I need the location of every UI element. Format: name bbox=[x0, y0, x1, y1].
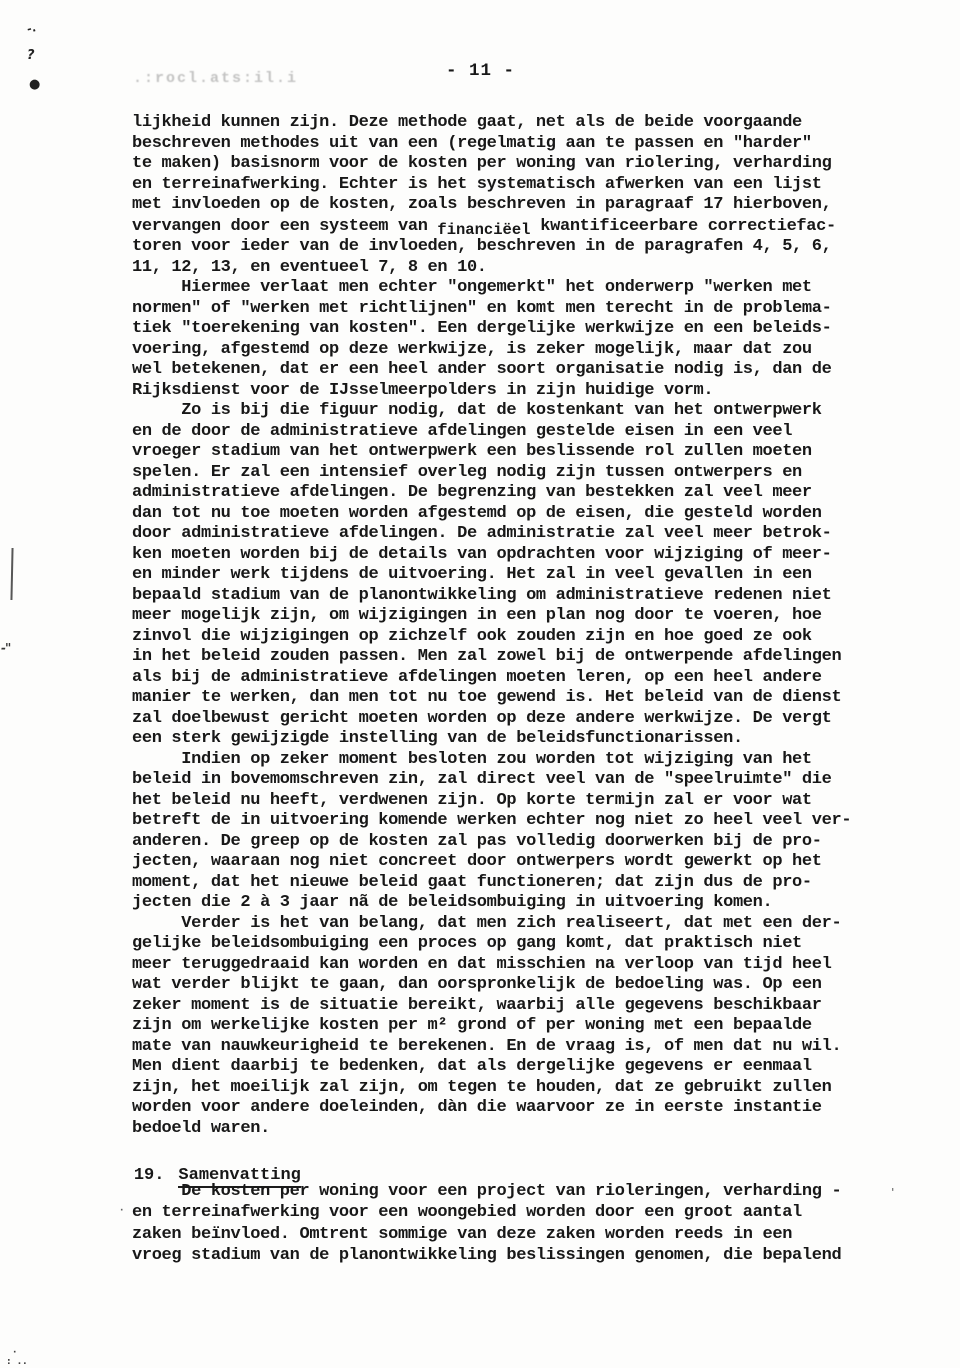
text-line: Rijksdienst voor de IJsselmeerpolders in… bbox=[132, 381, 892, 402]
text-line: in het beleid zouden passen. Men zal zow… bbox=[132, 647, 892, 668]
margin-squiggle-mark: -'' bbox=[1, 641, 10, 655]
text-line: vervangen door een systeem van financiëe… bbox=[132, 216, 892, 238]
text-line: Hiermee verlaat men echter "ongemerkt" h… bbox=[132, 278, 892, 299]
text-line: dan tot nu toe moeten worden afgestemd o… bbox=[132, 504, 892, 525]
margin-speck-dot: ● bbox=[29, 77, 40, 92]
summary-lead-speck: · bbox=[120, 1206, 123, 1216]
text-line: en terreinafwerking voor een woongebied … bbox=[132, 1202, 902, 1223]
text-line: meer mogelijk zijn, om wijzigingen in ee… bbox=[132, 606, 892, 627]
text-line: worden voor andere doeleinden, dàn die w… bbox=[132, 1098, 892, 1119]
text-line: en minder werk tijdens de uitvoering. He… bbox=[132, 565, 892, 586]
text-line: Zo is bij die figuur nodig, dat de koste… bbox=[132, 401, 892, 422]
text-line: administratieve afdelingen. De begrenzin… bbox=[132, 483, 892, 504]
margin-speck-dash: -. bbox=[25, 21, 37, 36]
text-line: een sterk gewijzigde instelling van de b… bbox=[132, 729, 892, 750]
body-text: lijkheid kunnen zijn. Deze methode gaat,… bbox=[132, 113, 892, 1139]
text-line: lijkheid kunnen zijn. Deze methode gaat,… bbox=[132, 113, 892, 134]
text-line: tiek "toerekening van kosten". Een derge… bbox=[132, 319, 892, 340]
text-line: met invloeden op de kosten, zoals beschr… bbox=[132, 195, 892, 216]
text-line: gelijke beleidsombuiging een proces op g… bbox=[132, 934, 892, 955]
inserted-word: financiëel bbox=[437, 221, 530, 239]
text-line: beleid in bovemomschreven zin, zal direc… bbox=[132, 770, 892, 791]
text-line: anderen. De greep op de kosten zal pas v… bbox=[132, 832, 892, 853]
text-line: als bij de administratieve afdelingen mo… bbox=[132, 668, 892, 689]
text-line: meer teruggedraaid kan worden en dat mis… bbox=[132, 955, 892, 976]
text-line: jecten die 2 à 3 jaar nã de beleidsombui… bbox=[132, 893, 892, 914]
margin-speck-query: ? bbox=[27, 48, 35, 63]
text-line: door administratieve afdelingen. De admi… bbox=[132, 524, 892, 545]
text-line: ken moeten worden bij de details van opd… bbox=[132, 545, 892, 566]
text-line: zeker moment is de situatie bereikt, waa… bbox=[132, 996, 892, 1017]
text-line: bepaald stadium van de planontwikkeling … bbox=[132, 586, 892, 607]
text-line: jecten, waaraan nog niet concreet door o… bbox=[132, 852, 892, 873]
text-line: moment, dat het nieuwe beleid gaat funct… bbox=[132, 873, 892, 894]
text-line: toren voor ieder van de invloeden, besch… bbox=[132, 237, 892, 258]
text-line: zijn, het moeilijk zal zijn, om tegen te… bbox=[132, 1078, 892, 1099]
text-line: De kosten per woning voor een project va… bbox=[132, 1181, 902, 1202]
text-line: Men dient daarbij te bedenken, dat als d… bbox=[132, 1057, 892, 1078]
text-line: vroeger stadium van het ontwerpwerk een … bbox=[132, 442, 892, 463]
text-line: Indien op zeker moment besloten zou word… bbox=[132, 750, 892, 771]
text-line: normen" of "werken met richtlijnen" en k… bbox=[132, 299, 892, 320]
faded-stamp: .:rocl.ats:il.i bbox=[133, 70, 298, 87]
text-line: Verder is het van belang, dat men zich r… bbox=[132, 914, 892, 935]
text-line: mate van nauwkeurigheid te berekenen. En… bbox=[132, 1037, 892, 1058]
document-page: -. ? ● -'' · : .. ' · .:rocl.ats:il.i - … bbox=[0, 0, 960, 1368]
page-number: - 11 - bbox=[446, 61, 515, 81]
text-line: zaken beïnvloed. Omtrent sommige van dez… bbox=[132, 1224, 902, 1245]
text-line: betreft de in uitvoering komende werken … bbox=[132, 811, 892, 832]
text-line: 11, 12, 13, en eventueel 7, 8 en 10. bbox=[132, 258, 892, 279]
text-line: het beleid nu heeft, verdwenen zijn. Op … bbox=[132, 791, 892, 812]
pencil-line-mark bbox=[10, 548, 13, 600]
text-line: beschreven methodes uit van een (regelma… bbox=[132, 134, 892, 155]
text-line: voering, afgestemd op deze werkwijze, is… bbox=[132, 340, 892, 361]
text-line: wel betekenen, dat er een heel ander soo… bbox=[132, 360, 892, 381]
summary-text: De kosten per woning voor een project va… bbox=[132, 1181, 902, 1266]
text-line: en terreinafwerking. Echter is het syste… bbox=[132, 175, 892, 196]
text-line: vroeg stadium van de planontwikkeling be… bbox=[132, 1245, 902, 1266]
text-line: en de door de administratieve afdelingen… bbox=[132, 422, 892, 443]
text-line: te maken) basisnorm voor de kosten per w… bbox=[132, 154, 892, 175]
text-line: wat verder blijkt te gaan, dan oorspronk… bbox=[132, 975, 892, 996]
text-line: zal doelbewust gericht moeten worden op … bbox=[132, 709, 892, 730]
text-line: spelen. Er zal een intensief overleg nod… bbox=[132, 463, 892, 484]
text-line: zinvol die wijzigingen op zichzelf ook z… bbox=[132, 627, 892, 648]
margin-bottom-speck: : .. bbox=[7, 1357, 29, 1367]
text-line: manier te werken, dan men tot nu toe gew… bbox=[132, 688, 892, 709]
text-line: bedoeld waren. bbox=[132, 1119, 892, 1140]
text-line: zijn om werkelijke kosten per m² grond o… bbox=[132, 1016, 892, 1037]
